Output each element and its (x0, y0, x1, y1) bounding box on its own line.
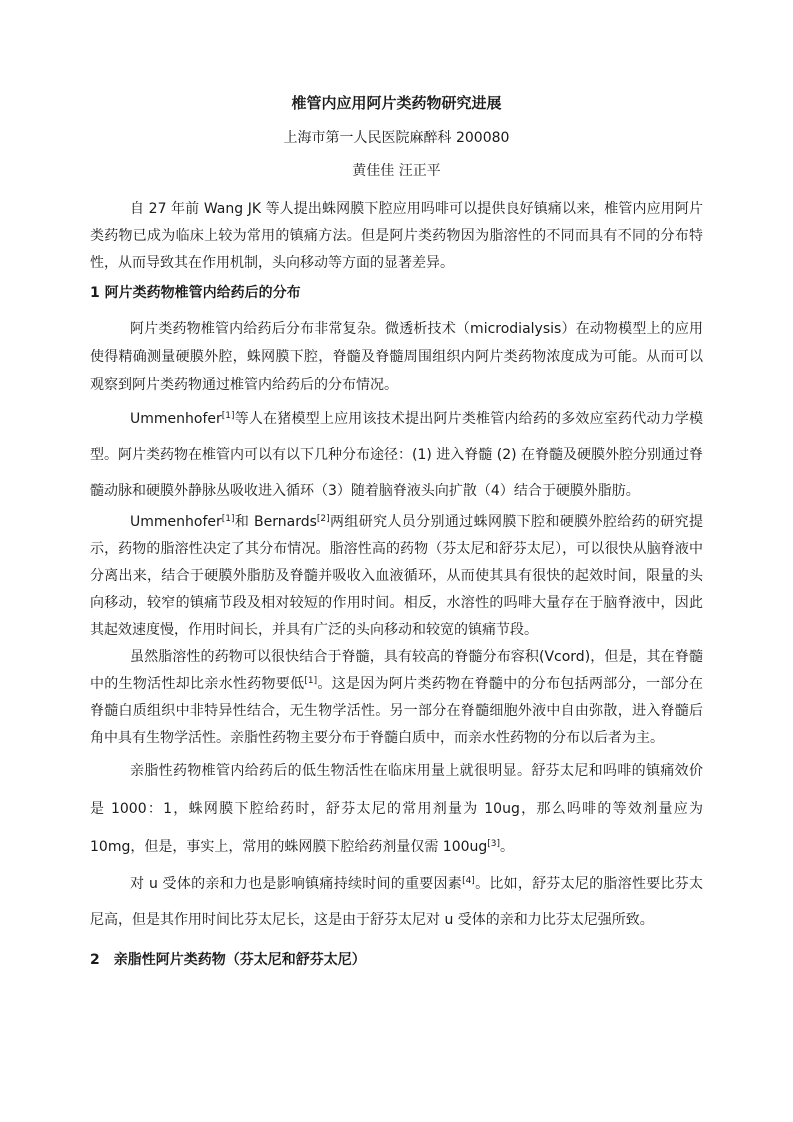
paragraph-vcord-bioactivity: 虽然脂溶性的药物可以很快结合于脊髓，具有较高的脊髓分布容积(Vcord)，但是，… (90, 644, 703, 752)
paragraph-mu-receptor-affinity: 对 u 受体的亲和力也是影响镇痛持续时间的重要因素[4]。比如，舒芬太尼的脂溶性… (90, 866, 703, 938)
paragraph-intro: 自 27 年前 Wang JK 等人提出蛛网膜下腔应用吗啡可以提供良好镇痛以来，… (90, 196, 703, 277)
citation-ref-1: [1] (222, 411, 235, 421)
section-heading-2: 2 亲脂性阿片类药物（芬太尼和舒芬太尼） (90, 950, 703, 970)
affiliation-line: 上海市第一人民医院麻醉科 200080 (90, 128, 703, 148)
text-run: Ummenhofer (130, 514, 222, 530)
citation-ref-2: [2] (317, 514, 330, 524)
paragraph-ummenhofer-model: Ummenhofer[1]等人在猪模型上应用该技术提出阿片类椎管内给药的多效应室… (90, 401, 703, 509)
text-run: 亲脂性药物椎管内给药后的低生物活性在临床用量上就很明显。舒芬太尼和吗啡的镇痛效价… (90, 763, 703, 855)
text-run: 对 u 受体的亲和力也是影响镇痛持续时间的重要因素 (130, 876, 462, 892)
document-page: 椎管内应用阿片类药物研究进展 上海市第一人民医院麻醉科 200080 黄佳佳 汪… (0, 0, 793, 1122)
text-run: 。 (500, 839, 514, 855)
section-heading-1: 1 阿片类药物椎管内给药后的分布 (90, 283, 703, 303)
text-run: 和 Bernards (235, 514, 317, 530)
citation-ref-4: [4] (462, 876, 475, 886)
citation-ref-3: [3] (487, 839, 500, 849)
paragraph-distribution-overview: 阿片类药物椎管内给药后分布非常复杂。微透析技术（microdialysis）在动… (90, 315, 703, 399)
paragraph-lipid-solubility: Ummenhofer[1]和 Bernards[2]两组研究人员分别通过蛛网膜下… (90, 509, 703, 644)
document-title: 椎管内应用阿片类药物研究进展 (90, 93, 703, 113)
authors-line: 黄佳佳 汪正平 (90, 161, 703, 181)
citation-ref-1: [1] (222, 514, 235, 524)
citation-ref-1: [1] (304, 676, 317, 686)
text-run: Ummenhofer (130, 411, 222, 427)
paragraph-clinical-dose: 亲脂性药物椎管内给药后的低生物活性在临床用量上就很明显。舒芬太尼和吗啡的镇痛效价… (90, 752, 703, 866)
text-run: 两组研究人员分别通过蛛网膜下腔和硬膜外腔给药的研究提示，药物的脂溶性决定了其分布… (90, 514, 703, 638)
